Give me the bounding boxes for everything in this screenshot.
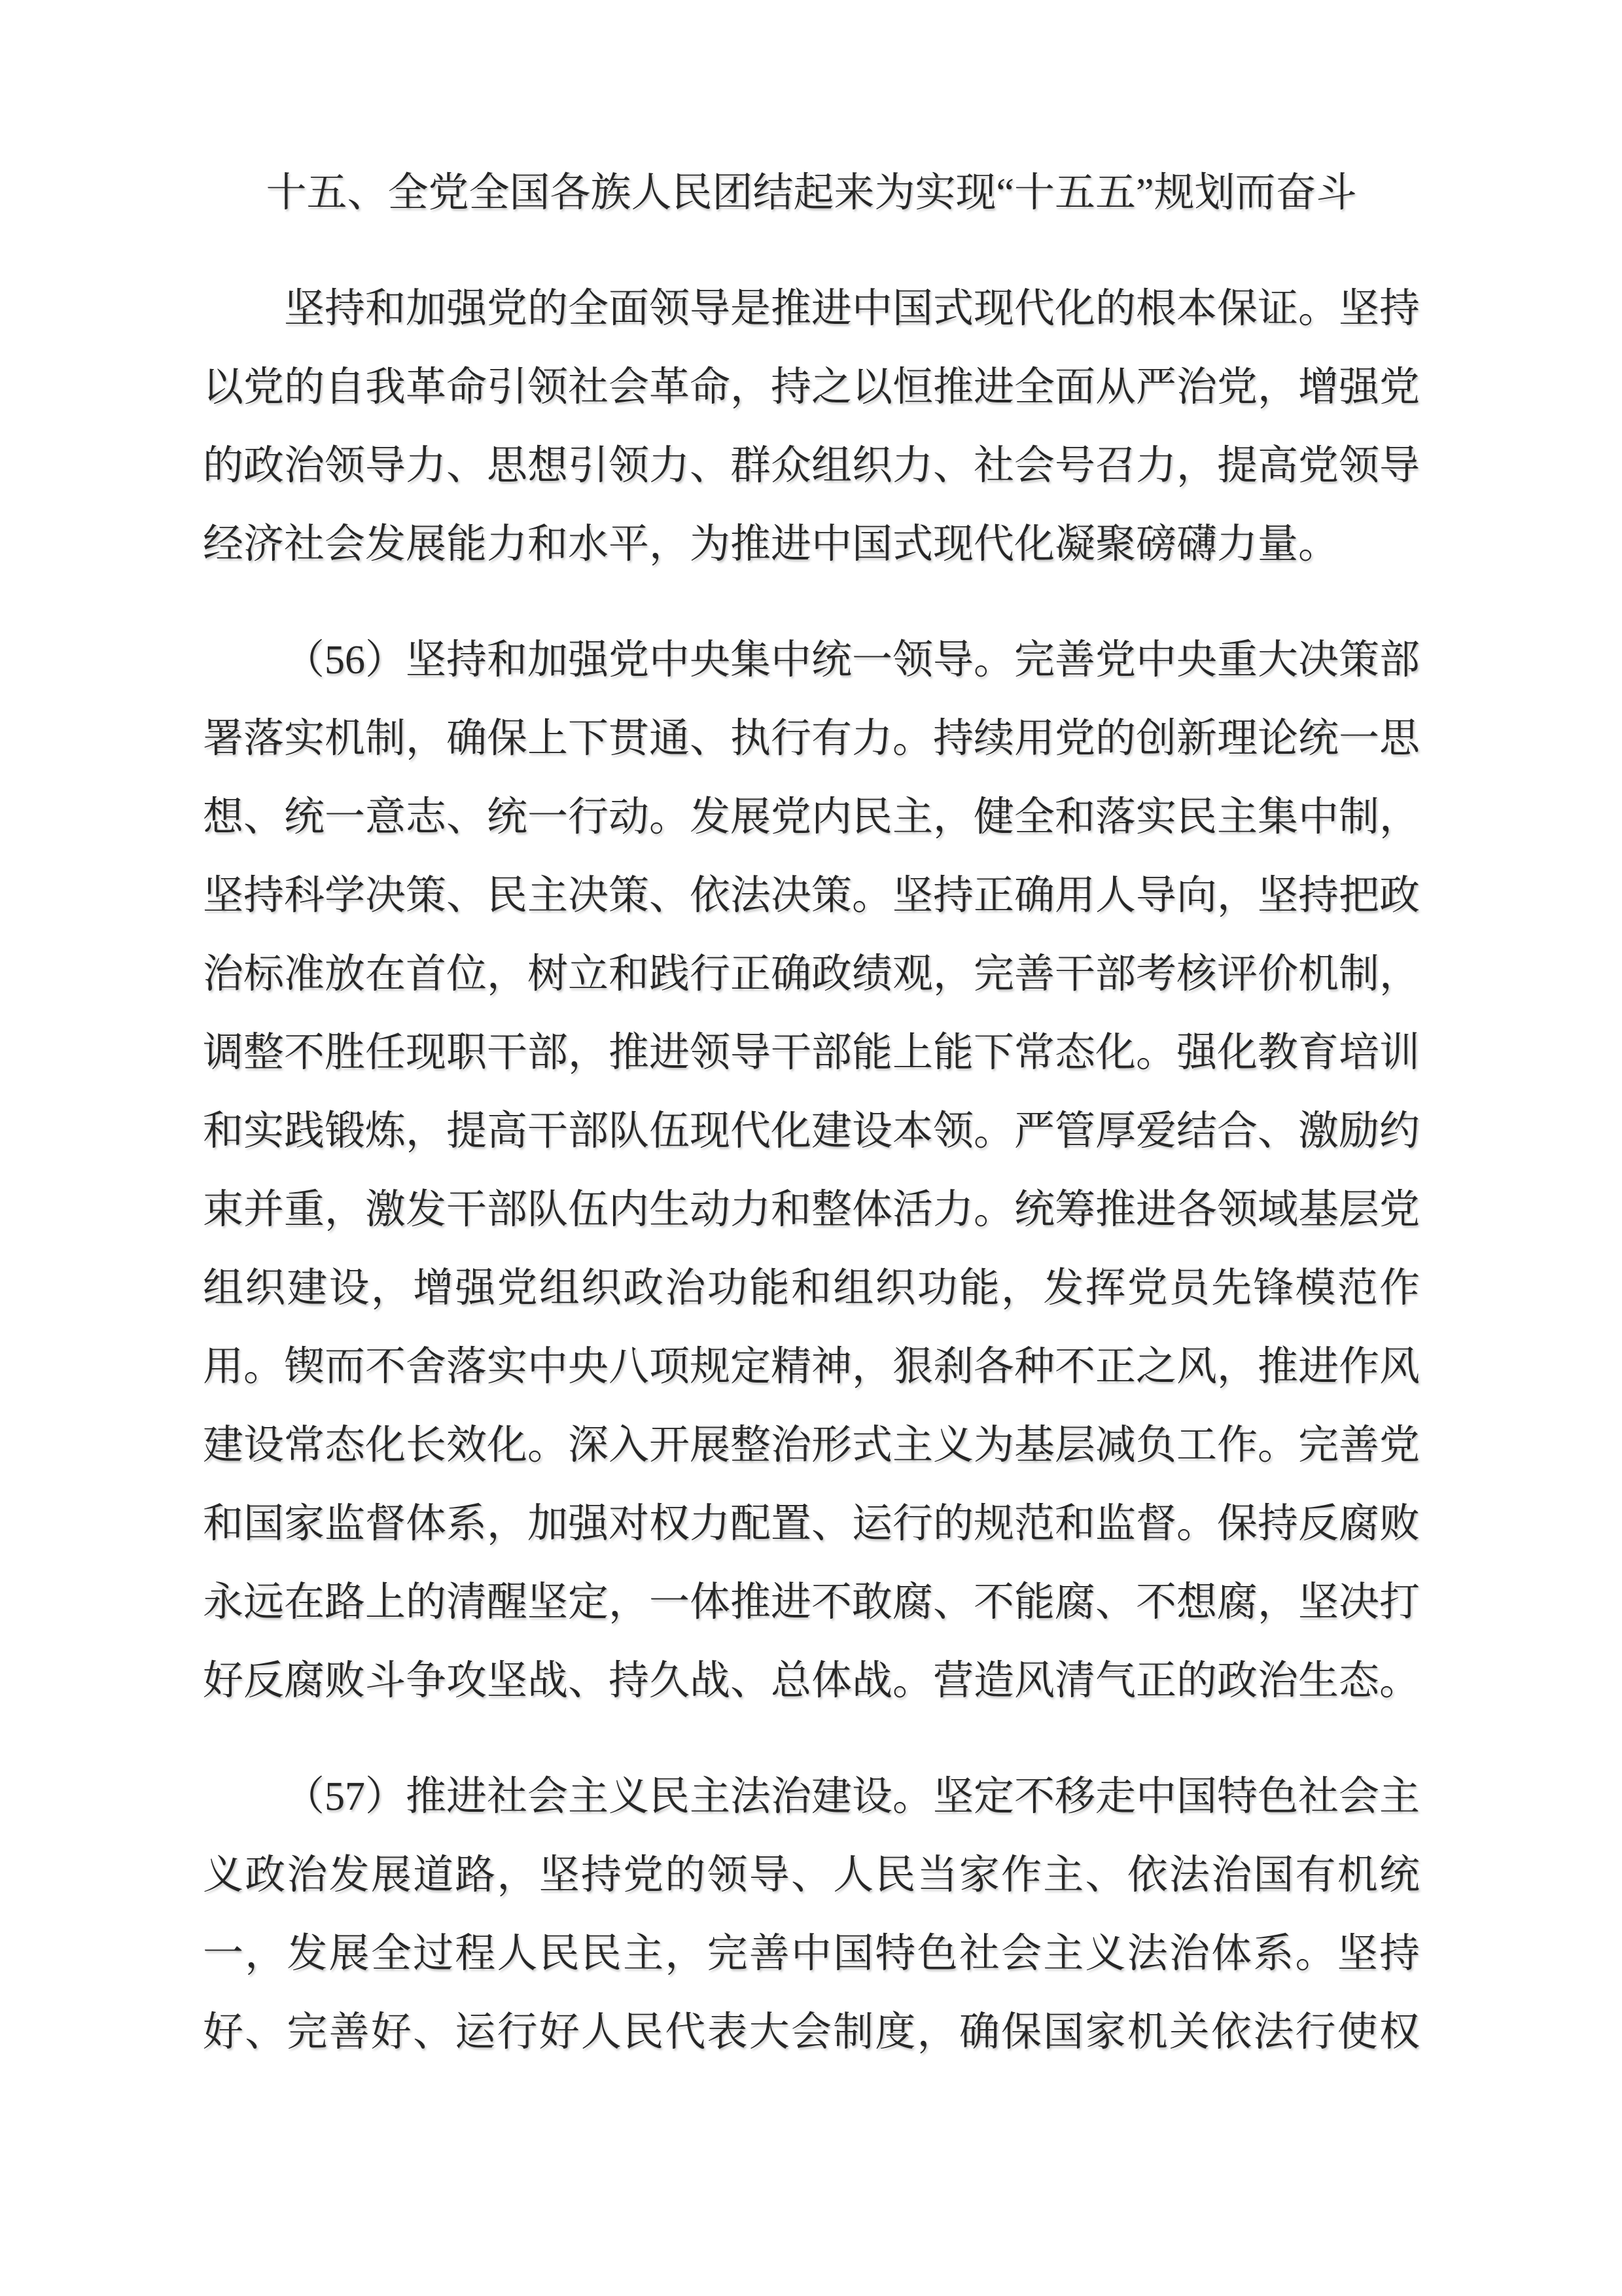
- para-57: （57）推进社会主义民主法治建设。坚定不移走中国特色社会主义政治发展道路，坚持党…: [203, 1757, 1420, 2072]
- text-line: （57）推进社会主义民主法治建设。坚定不移走中国特色社会主: [203, 1757, 1420, 1836]
- para-56: （56）坚持和加强党中央集中统一领导。完善党中央重大决策部署落实机制，确保上下贯…: [203, 621, 1420, 1720]
- text-line: 永远在路上的清醒坚定，一体推进不敢腐、不能腐、不想腐，坚决打: [203, 1563, 1420, 1642]
- text-line: 用。锲而不舍落实中央八项规定精神，狠刹各种不正之风，推进作风: [203, 1328, 1420, 1406]
- para-intro: 坚持和加强党的全面领导是推进中国式现代化的根本保证。坚持以党的自我革命引领社会革…: [203, 270, 1420, 584]
- text-line: 经济社会发展能力和水平，为推进中国式现代化凝聚磅礴力量。: [203, 505, 1420, 584]
- text-line: 建设常态化长效化。深入开展整治形式主义为基层减负工作。完善党: [203, 1406, 1420, 1485]
- text-line: 和国家监督体系，加强对权力配置、运行的规范和监督。保持反腐败: [203, 1485, 1420, 1563]
- text-line: 坚持科学决策、民主决策、依法决策。坚持正确用人导向，坚持把政: [203, 857, 1420, 935]
- text-line: 治标准放在首位，树立和践行正确政绩观，完善干部考核评价机制，: [203, 935, 1420, 1014]
- text-line: 和实践锻炼，提高干部队伍现代化建设本领。严管厚爱结合、激励约: [203, 1092, 1420, 1171]
- text-line: 好反腐败斗争攻坚战、持久战、总体战。营造风清气正的政治生态。: [203, 1642, 1420, 1720]
- text-line: 以党的自我革命引领社会革命，持之以恒推进全面从严治党，增强党: [203, 348, 1420, 427]
- document-body: 坚持和加强党的全面领导是推进中国式现代化的根本保证。坚持以党的自我革命引领社会革…: [203, 270, 1420, 2072]
- text-line: 想、统一意志、统一行动。发展党内民主，健全和落实民主集中制，: [203, 778, 1420, 857]
- text-line: 署落实机制，确保上下贯通、执行有力。持续用党的创新理论统一思: [203, 699, 1420, 778]
- text-line: 组织建设，增强党组织政治功能和组织功能，发挥党员先锋模范作: [203, 1249, 1420, 1328]
- section-heading: 十五、全党全国各族人民团结起来为实现“十五五”规划而奋斗: [203, 154, 1420, 232]
- document-page: 十五、全党全国各族人民团结起来为实现“十五五”规划而奋斗 坚持和加强党的全面领导…: [0, 0, 1622, 2296]
- document-content: 十五、全党全国各族人民团结起来为实现“十五五”规划而奋斗 坚持和加强党的全面领导…: [203, 154, 1420, 2072]
- text-line: 调整不胜任现职干部，推进领导干部能上能下常态化。强化教育培训: [203, 1014, 1420, 1092]
- text-line: 义政治发展道路，坚持党的领导、人民当家作主、依法治国有机统: [203, 1836, 1420, 1915]
- text-line: 束并重，激发干部队伍内生动力和整体活力。统筹推进各领域基层党: [203, 1171, 1420, 1249]
- text-line: 一，发展全过程人民民主，完善中国特色社会主义法治体系。坚持: [203, 1915, 1420, 1993]
- text-line: 好、完善好、运行好人民代表大会制度，确保国家机关依法行使权: [203, 1993, 1420, 2072]
- text-line: 坚持和加强党的全面领导是推进中国式现代化的根本保证。坚持: [203, 270, 1420, 348]
- text-line: （56）坚持和加强党中央集中统一领导。完善党中央重大决策部: [203, 621, 1420, 699]
- text-line: 的政治领导力、思想引领力、群众组织力、社会号召力，提高党领导: [203, 427, 1420, 505]
